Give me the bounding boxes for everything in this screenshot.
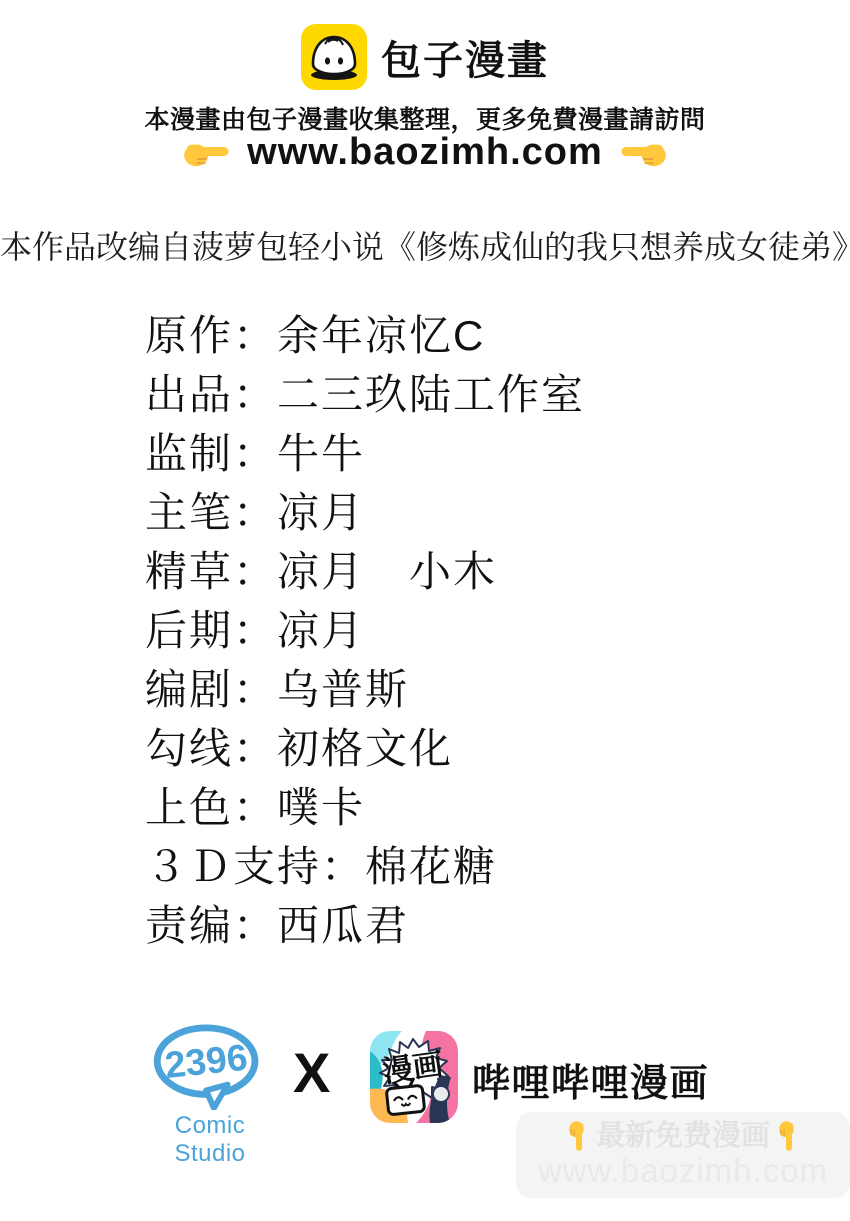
credit-line-producer: 出品：二三玖陆工作室 [145, 365, 585, 424]
credit-line-3d-support: ３Ｄ支持：棉花糖 [145, 837, 585, 896]
credits-list: 原作：余年凉忆C 出品：二三玖陆工作室 监制：牛牛 主笔：凉月 精草：凉月 小木… [145, 306, 585, 955]
brand-name: 包子漫畫 [381, 29, 549, 86]
point-left-icon [619, 135, 667, 171]
point-down-icon [775, 1120, 802, 1152]
site-url: www.baozimh.com [247, 131, 603, 174]
point-right-icon [183, 135, 231, 171]
credit-line-lineart: 勾线：初格文化 [145, 719, 585, 778]
adaptation-note: 本作品改编自菠萝包轻小说《修炼成仙的我只想养成女徒弟》 [0, 222, 850, 268]
studio-number: 2396 [163, 1036, 250, 1086]
bilibili-manga-app-icon: 漫画 [370, 1031, 458, 1123]
credit-line-post-production: 后期：凉月 [145, 601, 585, 660]
credit-line-screenwriter: 编剧：乌普斯 [145, 660, 585, 719]
watermark-line1: 最新免费漫画 [562, 1122, 804, 1151]
credit-line-original-author: 原作：余年凉忆C [145, 306, 585, 365]
credit-line-coloring: 上色：噗卡 [145, 778, 585, 837]
collab-x-mark: X [293, 1040, 330, 1105]
bilibili-manga-label: 哔哩哔哩漫画 [472, 1052, 709, 1107]
credit-line-supervisor: 监制：牛牛 [145, 424, 585, 483]
watermark-text: 最新免费漫画 [596, 1122, 770, 1151]
watermark-banner: 最新免费漫画 www.baozimh.com [516, 1112, 850, 1198]
point-down-icon [564, 1120, 591, 1152]
comic-credits-page: 包子漫畫 本漫畫由包子漫畫收集整理，更多免費漫畫請訪問 www.baozimh.… [0, 0, 850, 1221]
studio-2396-logo: 2396 Comic Studio [140, 1022, 280, 1168]
credit-line-rough-draft: 精草：凉月 小木 [145, 542, 585, 601]
watermark-url: www.baozimh.com [538, 1154, 828, 1189]
credit-line-editor: 责编：西瓜君 [145, 896, 585, 955]
credit-line-lead-artist: 主笔：凉月 [145, 483, 585, 542]
site-url-row: www.baozimh.com [0, 131, 850, 174]
brand-header: 包子漫畫 [0, 24, 850, 90]
speech-bubble-2396-icon: 2396 [151, 1022, 269, 1110]
baozi-bun-logo-icon [301, 24, 367, 90]
studio-label: Comic Studio [140, 1112, 280, 1168]
